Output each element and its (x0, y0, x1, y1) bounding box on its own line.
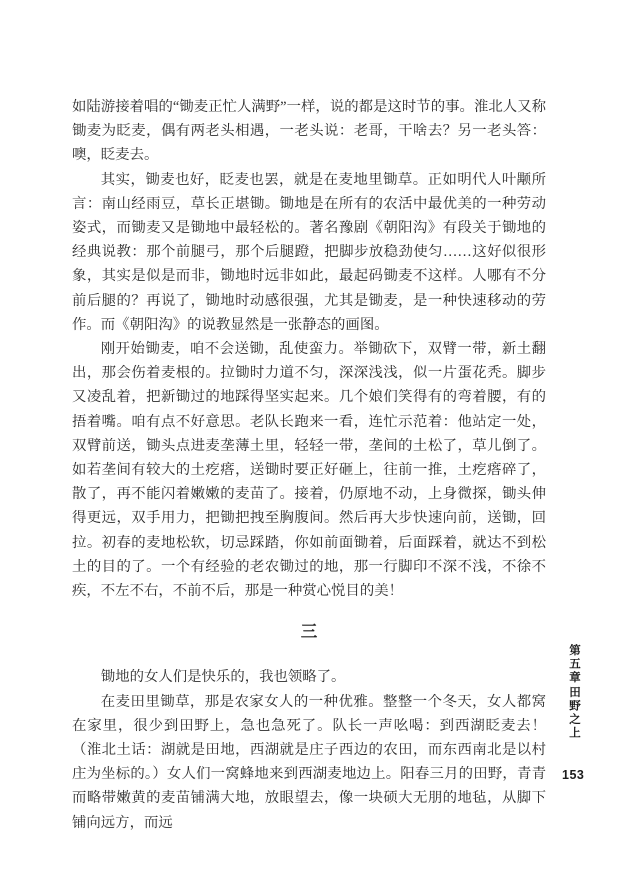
page-number: 153 (562, 768, 584, 782)
paragraph-continuation: 如陆游接着唱的“锄麦正忙人满野”一样，说的都是这时节的事。淮北人又称锄麦为眨麦，… (72, 95, 546, 168)
body-text: 如陆游接着唱的“锄麦正忙人满野”一样，说的都是这时节的事。淮北人又称锄麦为眨麦，… (72, 95, 546, 835)
book-page: 如陆游接着唱的“锄麦正忙人满野”一样，说的都是这时节的事。淮北人又称锄麦为眨麦，… (0, 0, 634, 891)
paragraph: 刚开始锄麦，咱不会送锄，乱使蛮力。举锄砍下，双臂一带，新土翻出，那会伤着麦根的。… (72, 337, 546, 603)
paragraph: 其实，锄麦也好，眨麦也罢，就是在麦地里锄草。正如明代人叶颙所言：南山经雨豆，草长… (72, 168, 546, 337)
chapter-title-vertical: 田野之上 (566, 686, 582, 740)
section-number-heading: 三 (72, 620, 546, 644)
paragraph: 在麦田里锄草，那是农家女人的一种优雅。整整一个冬天，女人都窝在家里，很少到田野上… (72, 690, 546, 835)
chapter-number-vertical: 第五章 (566, 644, 582, 685)
paragraph: 锄地的女人们是快乐的，我也领略了。 (72, 665, 546, 689)
